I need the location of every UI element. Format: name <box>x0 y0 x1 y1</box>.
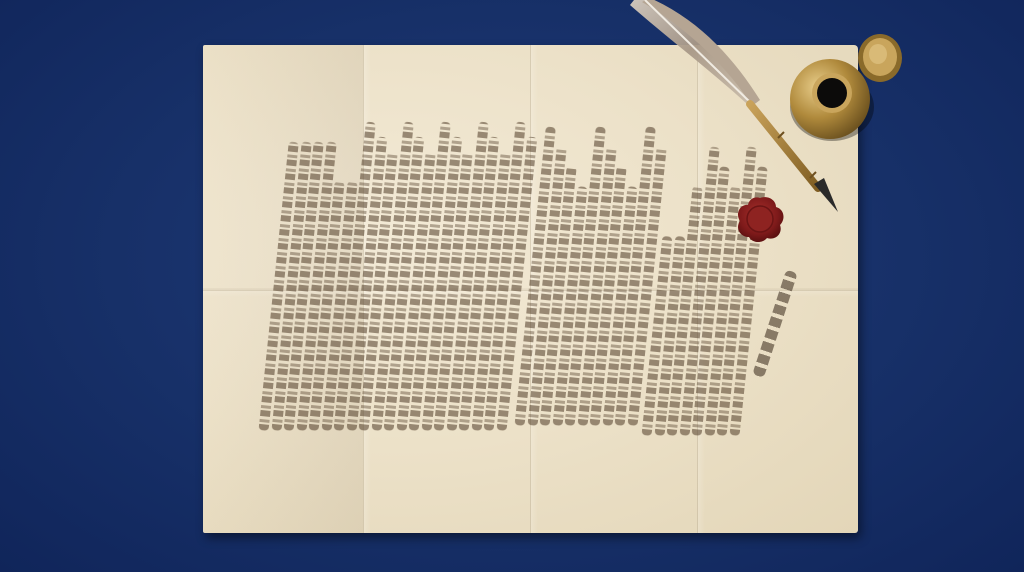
photo-scene <box>0 0 1024 572</box>
wax-seal-icon <box>735 195 785 243</box>
letter-paper <box>203 45 858 533</box>
inkwell-lid-icon <box>856 32 904 84</box>
handwritten-text <box>203 45 858 533</box>
